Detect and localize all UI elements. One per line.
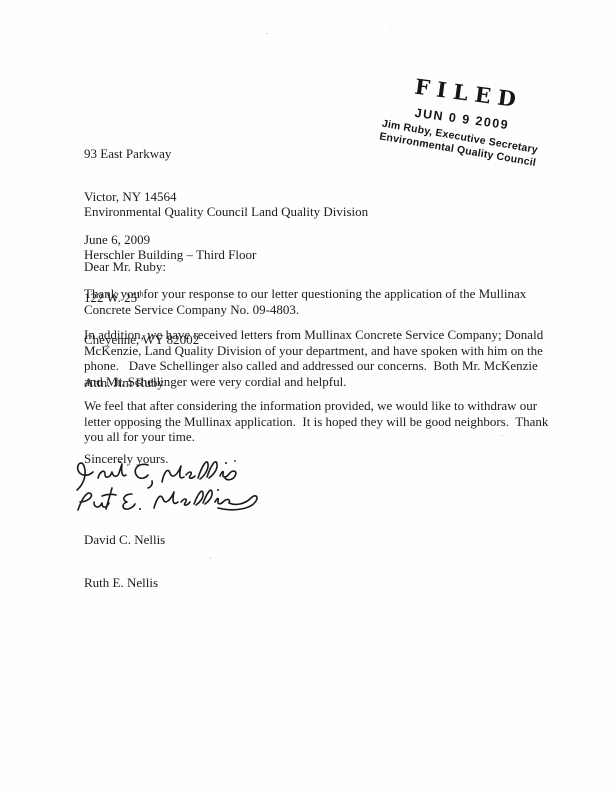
sender-street: 93 East Parkway: [84, 147, 176, 161]
body-paragraph-2: In addition, we have received letters fr…: [84, 327, 558, 389]
filed-stamp: FILED JUN 0 9 2009 Jim Ruby, Executive S…: [358, 67, 566, 169]
body-paragraph-1: Thank you for your response to our lette…: [84, 286, 558, 317]
scan-speck: [210, 557, 211, 559]
salutation: Dear Mr. Ruby:: [84, 259, 558, 275]
body-paragraph-3: We feel that after considering the infor…: [84, 398, 558, 445]
typed-name-ruth: Ruth E. Nellis: [84, 576, 165, 590]
typed-name-david: David C. Nellis: [84, 533, 165, 547]
scanned-letter-page: FILED JUN 0 9 2009 Jim Ruby, Executive S…: [0, 0, 612, 792]
recipient-org: Environmental Quality Council Land Quali…: [84, 205, 368, 219]
scan-speck: [353, 214, 355, 216]
scan-speck: [501, 435, 503, 436]
scan-speck: [389, 28, 390, 29]
scan-speck: [266, 33, 268, 34]
typed-names-block: David C. Nellis Ruth E. Nellis: [84, 505, 165, 619]
